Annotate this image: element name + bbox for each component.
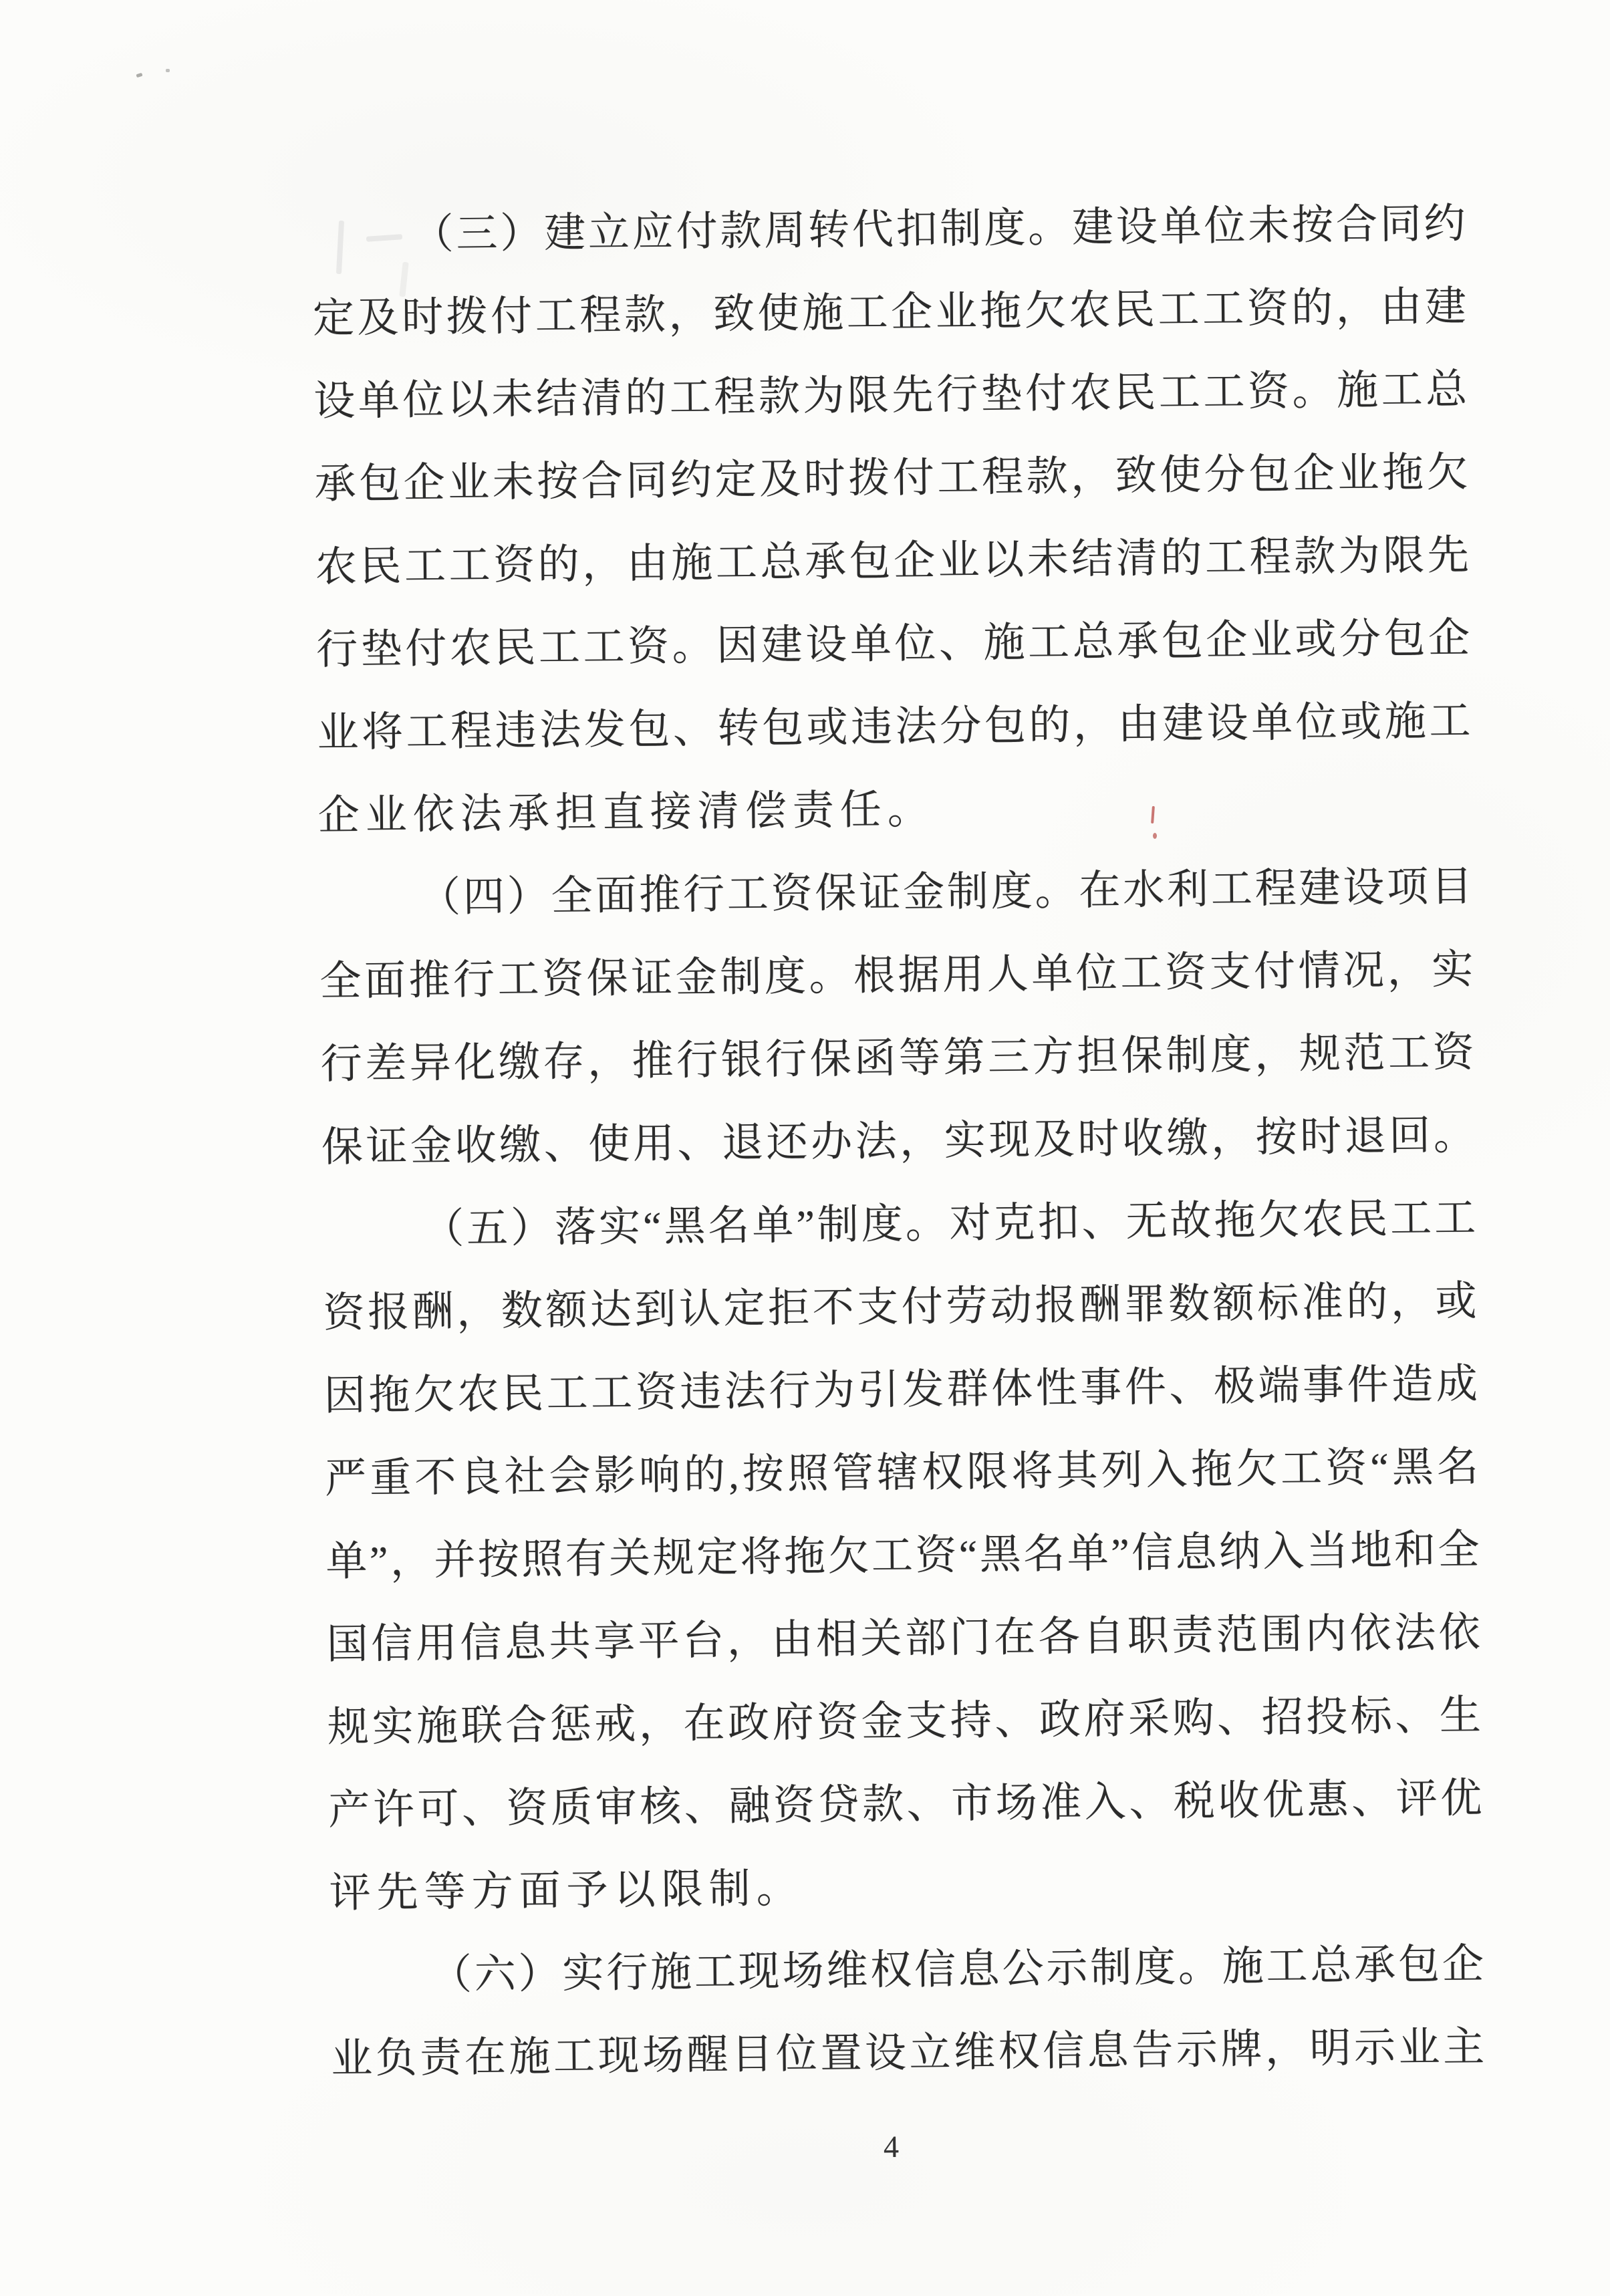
- document-line: 定及时拨付工程款，致使施工企业拖欠农民工工资的，由建: [312, 265, 1466, 360]
- document-line: 承包企业未按合同约定及时拨付工程款，致使分包企业拖欠: [314, 431, 1468, 526]
- document-line: 业负责在施工现场醒目位置设立维权信息告示牌，明示业主: [331, 2006, 1485, 2101]
- document-line: 设单位以未结清的工程款为限先行垫付农民工工资。施工总: [313, 348, 1468, 443]
- document-line: 国信用信息共享平台，由相关部门在各自职责范围内依法依: [326, 1591, 1480, 1686]
- document-line: 行垫付农民工工资。因建设单位、施工总承包企业或分包企: [316, 597, 1470, 692]
- document-line: （六）实行施工现场维权信息公示制度。施工总承包企: [329, 1923, 1484, 2018]
- document-line: 严重不良社会影响的,按照管辖权限将其列入拖欠工资“黑名: [325, 1426, 1479, 1521]
- document-line: 保证金收缴、使用、退还办法，实现及时收缴，按时退回。: [321, 1094, 1475, 1189]
- document-line: 业将工程违法发包、转包或违法分包的，由建设单位或施工: [317, 680, 1471, 775]
- document-line: （五）落实“黑名单”制度。对克扣、无故拖欠农民工工: [322, 1177, 1476, 1272]
- document-line: 单”，并按照有关规定将拖欠工资“黑名单”信息纳入当地和全: [325, 1509, 1480, 1604]
- document-line: （三）建立应付款周转代扣制度。建设单位未按合同约: [311, 182, 1466, 277]
- document-line: 评先等方面予以限制。: [329, 1840, 1483, 1935]
- document-line: 企业依法承担直接清偿责任。: [317, 763, 1472, 858]
- document-line: 规实施联合惩戒，在政府资金支持、政府采购、招投标、生: [327, 1674, 1481, 1769]
- document-body: （三）建立应付款周转代扣制度。建设单位未按合同约 定及时拨付工程款，致使施工企业…: [311, 182, 1485, 2101]
- document-line: 资报酬，数额达到认定拒不支付劳动报酬罪数额标准的，或: [323, 1260, 1477, 1355]
- document-line: 农民工工资的，由施工总承包企业以未结清的工程款为限先: [315, 514, 1469, 609]
- document-line: 行差异化缴存，推行银行保函等第三方担保制度，规范工资: [320, 1011, 1474, 1106]
- scan-speck: [166, 69, 170, 72]
- page-number: 4: [884, 2127, 900, 2167]
- document-line: （四）全面推行工资保证金制度。在水利工程建设项目: [318, 846, 1472, 940]
- document-line: 因拖欠农民工工资违法行为引发群体性事件、极端事件造成: [323, 1343, 1478, 1438]
- document-line: 全面推行工资保证金制度。根据用人单位工资支付情况，实: [319, 928, 1474, 1023]
- document-line: 产许可、资质审核、融资贷款、市场准入、税收优惠、评优: [328, 1757, 1482, 1852]
- scanned-page: （三）建立应付款周转代扣制度。建设单位未按合同约 定及时拨付工程款，致使施工企业…: [0, 0, 1610, 2296]
- scan-speck: [136, 73, 142, 78]
